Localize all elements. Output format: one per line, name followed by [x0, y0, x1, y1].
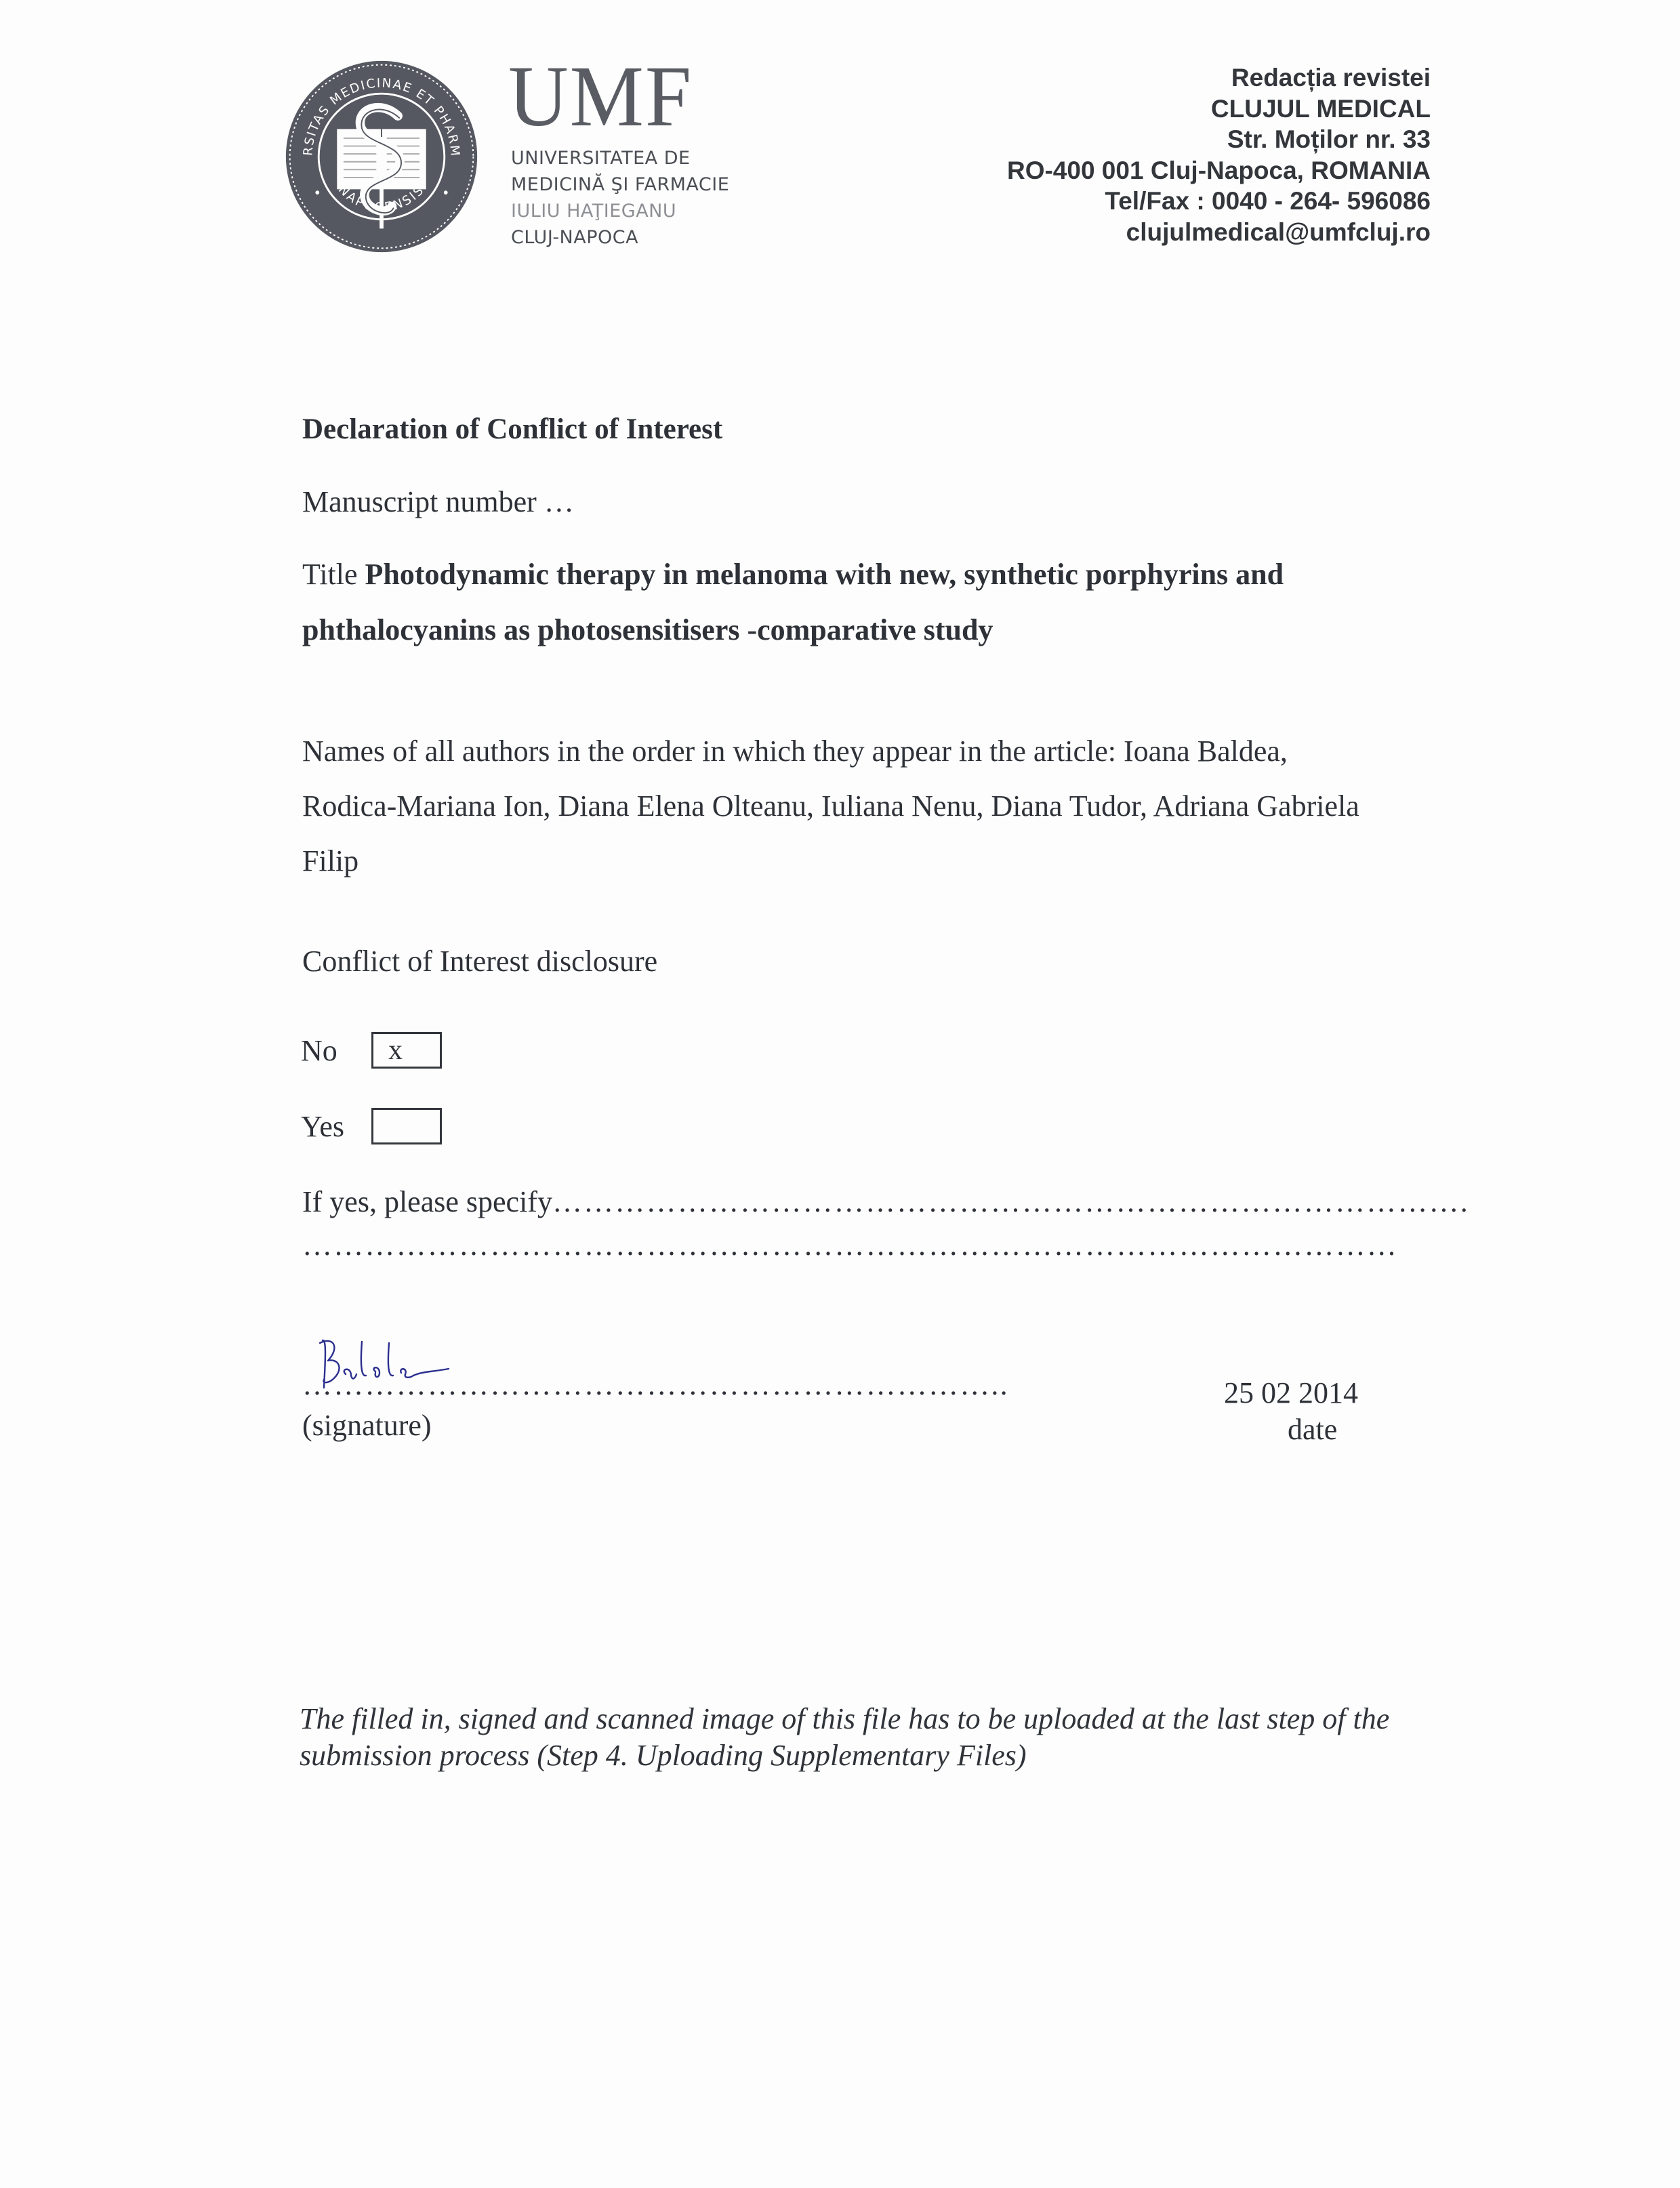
editorial-line: Redacția revistei — [1007, 62, 1431, 94]
university-name-line: UNIVERSITATEA DE — [511, 149, 691, 167]
option-yes: Yes — [301, 1108, 442, 1144]
disclosure-heading: Conflict of Interest disclosure — [302, 947, 657, 976]
specify-field[interactable]: If yes, please specify………………………………………………… — [302, 1187, 1469, 1217]
city-address: RO-400 001 Cluj-Napoca, ROMANIA — [1007, 155, 1431, 186]
signature-label: (signature) — [302, 1411, 432, 1441]
university-seal-logo: UNIVERSITAS MEDICINAE ET PHARMACIAE NAPO… — [283, 58, 480, 255]
date-label: date — [1288, 1412, 1337, 1447]
option-yes-label: Yes — [301, 1109, 371, 1144]
umf-brand-wordmark: UMF — [508, 53, 693, 140]
signature-dotted-line: ………………………………………………………….. — [302, 1367, 1009, 1402]
yes-checkbox[interactable] — [371, 1108, 442, 1144]
manuscript-number-field: Manuscript number … — [302, 487, 574, 517]
submission-instructions: The filled in, signed and scanned image … — [300, 1701, 1465, 1774]
option-no: No x — [301, 1032, 442, 1069]
editorial-address-block: Redacția revistei CLUJUL MEDICAL Str. Mo… — [1007, 62, 1431, 247]
specify-label: If yes, please specify — [302, 1185, 552, 1218]
title-value: Photodynamic therapy in melanoma with ne… — [365, 558, 1284, 591]
date-value: 25 02 2014 — [1224, 1376, 1358, 1410]
manuscript-title-line-2: phthalocyanins as photosensitisers -comp… — [302, 615, 993, 645]
journal-name: CLUJUL MEDICAL — [1007, 94, 1431, 125]
university-name-line: CLUJ-NAPOCA — [511, 228, 638, 247]
title-label: Title — [302, 558, 358, 591]
university-name-line: MEDICINĂ ŞI FARMACIE — [511, 176, 729, 194]
university-name-line: IULIU HAŢIEGANU — [511, 202, 676, 220]
no-checkbox[interactable]: x — [371, 1032, 442, 1069]
specify-dotted-line-2[interactable]: …………………………………………………………………………………………… — [302, 1228, 1398, 1262]
street-address: Str. Moților nr. 33 — [1007, 124, 1431, 155]
contact-email: clujulmedical@umfcluj.ro — [1007, 217, 1431, 248]
manuscript-title-line-1: Title Photodynamic therapy in melanoma w… — [302, 560, 1284, 590]
option-no-label: No — [301, 1033, 371, 1068]
phone-fax: Tel/Fax : 0040 - 264- 596086 — [1007, 186, 1431, 217]
page-title: Declaration of Conflict of Interest — [302, 415, 722, 444]
specify-dotted-line: ……………………………………………………………………………. — [552, 1185, 1469, 1218]
authors-list: Names of all authors in the order in whi… — [302, 724, 1387, 888]
